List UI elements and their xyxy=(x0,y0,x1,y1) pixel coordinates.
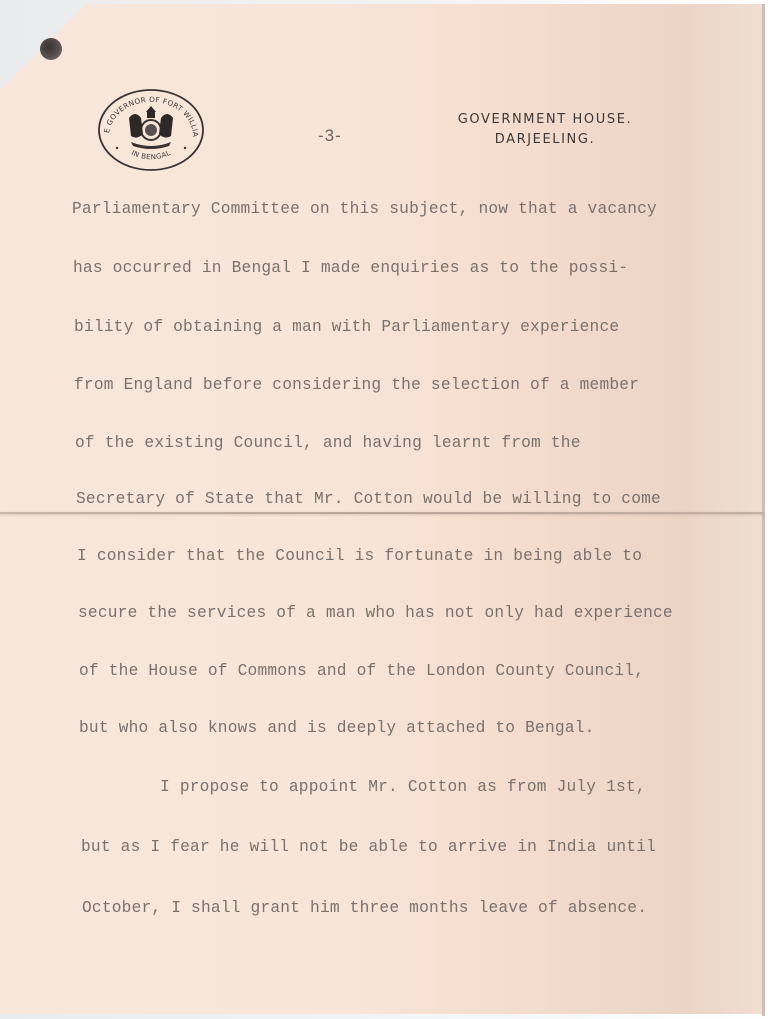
body-line: Secretary of State that Mr. Cotton would… xyxy=(76,490,661,508)
body-line: October, I shall grant him three months … xyxy=(82,899,647,917)
body-line: has occurred in Bengal I made enquiries … xyxy=(73,259,628,277)
body-line: secure the services of a man who has not… xyxy=(78,604,673,622)
body-line: I propose to appoint Mr. Cotton as from … xyxy=(160,778,646,796)
body-line: Parliamentary Committee on this subject,… xyxy=(72,200,657,218)
body-line: bility of obtaining a man with Parliamen… xyxy=(74,318,619,336)
body-line: of the existing Council, and having lear… xyxy=(75,434,581,452)
body-line: I consider that the Council is fortunate… xyxy=(77,547,642,565)
body-line: but who also knows and is deeply attache… xyxy=(79,719,595,737)
letter-body: Parliamentary Committee on this subject,… xyxy=(0,0,780,1019)
body-line: but as I fear he will not be able to arr… xyxy=(81,838,656,856)
body-line: of the House of Commons and of the Londo… xyxy=(79,662,644,680)
body-line: from England before considering the sele… xyxy=(74,376,639,394)
